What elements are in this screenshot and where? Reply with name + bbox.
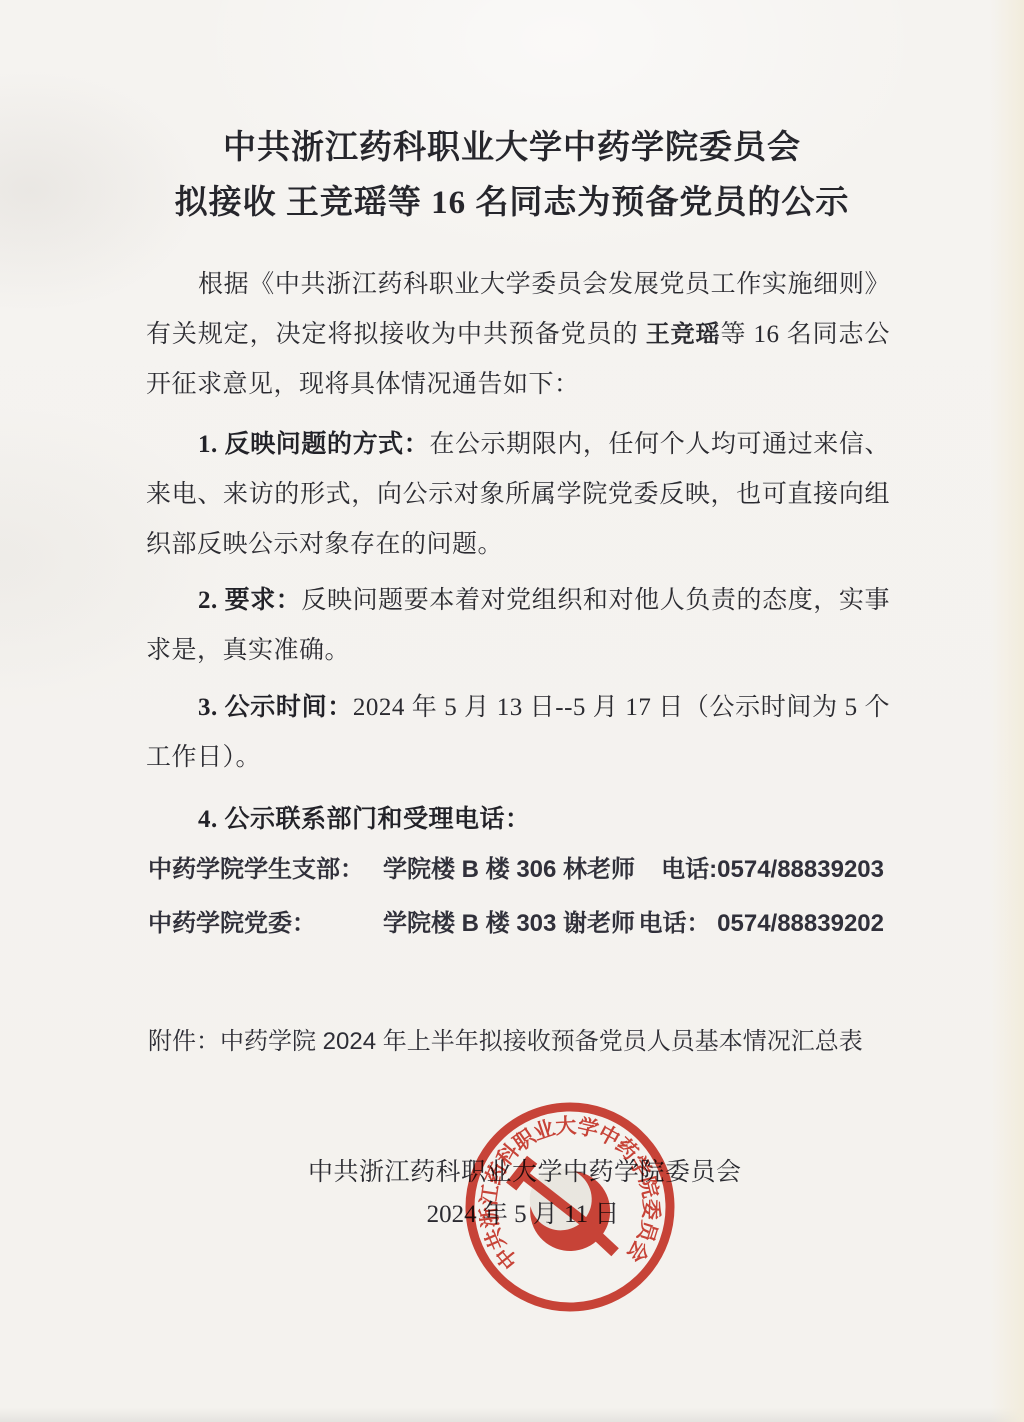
section-1-paragraph: 1. 反映问题的方式：在公示期限内，任何个人均可通过来信、来电、来访的形式，向公… (146, 420, 890, 570)
contact-location: 学院楼 B 楼 306 林老师 (383, 848, 635, 892)
candidate-name: 王竞瑶 (646, 321, 721, 348)
section-1-label: 1. 反映问题的方式： (198, 431, 429, 458)
page-title-line2: 拟接收 王竞瑶等 16 名同志为预备党员的公示 (0, 183, 1024, 223)
section-4-label: 4. 公示联系部门和受理电话： (198, 806, 531, 833)
contact-phone: 电话： 0574/88839202 (638, 902, 884, 946)
signature-date: 2024 年 5 月 11 日 (308, 1194, 738, 1236)
section-2-label: 2. 要求： (198, 587, 301, 614)
contact-location: 学院楼 B 楼 303 谢老师 (383, 902, 635, 946)
section-2-paragraph: 2. 要求：反映问题要本着对党组织和对他人负责的态度，实事求是，真实准确。 (146, 576, 890, 676)
attachment-note: 附件：中药学院 2024 年上半年拟接收预备党员人员基本情况汇总表 (148, 1020, 908, 1064)
signature-block: 中共浙江药科职业大学中药学院委员会 2024 年 5 月 11 日 (308, 1152, 738, 1236)
section-3-label: 3. 公示时间： (198, 694, 353, 721)
page-title-line1: 中共浙江药科职业大学中药学院委员会 (0, 128, 1024, 168)
contact-phone: 电话:0574/88839203 (661, 848, 884, 892)
intro-paragraph: 根据《中共浙江药科职业大学委员会发展党员工作实施细则》有关规定，决定将拟接收为中… (146, 260, 890, 410)
contact-row-student-branch: 中药学院学生支部： 学院楼 B 楼 306 林老师 电话:0574/888392… (148, 848, 884, 898)
contact-dept-label: 中药学院党委： (148, 902, 316, 946)
section-4-paragraph: 4. 公示联系部门和受理电话： (146, 795, 890, 845)
signature-org: 中共浙江药科职业大学中药学院委员会 (308, 1152, 738, 1194)
contact-dept-label: 中药学院学生支部： (148, 848, 364, 892)
section-3-paragraph: 3. 公示时间：2024 年 5 月 13 日--5 月 17 日（公示时间为 … (146, 683, 890, 783)
scanned-document-page: 中共浙江药科职业大学中药学院委员会 拟接收 王竞瑶等 16 名同志为预备党员的公… (0, 0, 1024, 1422)
contact-row-party-committee: 中药学院党委： 学院楼 B 楼 303 谢老师 电话： 0574/8883920… (148, 902, 884, 952)
